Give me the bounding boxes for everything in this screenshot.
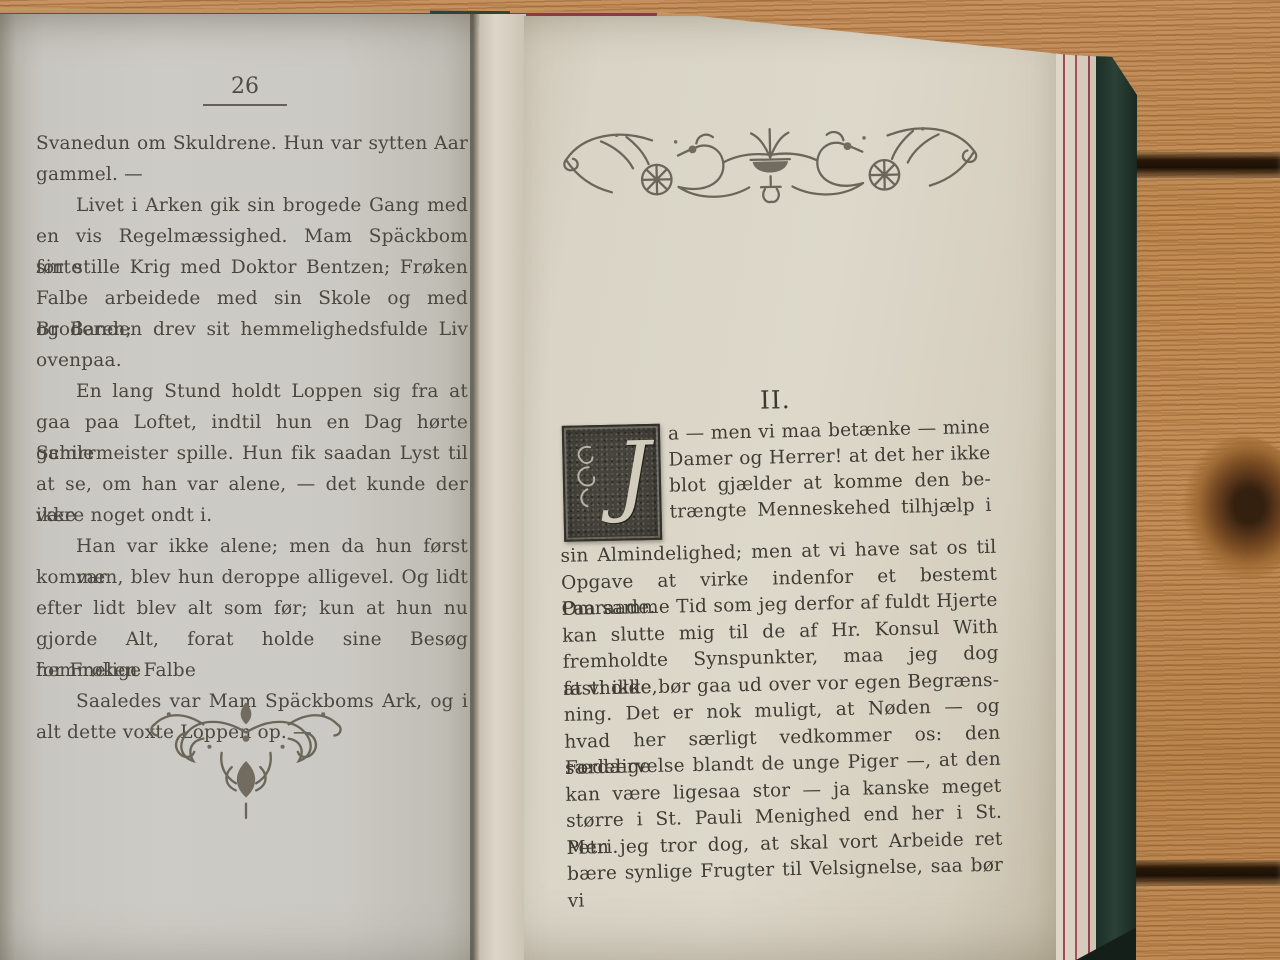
text-line: efter lidt blev alt som før; kun at hun …	[36, 593, 468, 624]
text-line: at se, om han var alene, — det kunde der…	[36, 469, 468, 500]
chapter-heading: II.	[557, 381, 994, 419]
headpiece-ornament-image	[557, 115, 983, 216]
text-line: Schirrmeister spille. Hun fik saadan Lys…	[36, 438, 468, 469]
text-line: for Frøken Falbe	[36, 655, 468, 686]
text-line: gjorde Alt, forat holde sine Besøg hemme…	[36, 624, 468, 655]
right-page-content: II. J a — men vi maa betænke — mine Dame…	[515, 5, 1075, 960]
text-line: kommen, blev hun deroppe alligevel. Og l…	[36, 562, 468, 593]
text-line: trængte Menneskehed tilhjælp i	[669, 493, 991, 526]
text-line: være noget ondt i.	[36, 500, 468, 531]
paragraph-beside-drop-cap: a — men vi maa betænke — mine Damer og H…	[668, 415, 992, 526]
green-cover-edge	[1096, 50, 1138, 960]
text-line: Han var ikke alene; men da hun først var	[36, 531, 468, 562]
text-line: Livet i Arken gik sin brogede Gang med	[36, 190, 468, 221]
text-line: sin stille Krig med Doktor Bentzen; Frøk…	[36, 252, 468, 283]
text-line: og Banden drev sit hemmelighedsfulde Liv	[36, 314, 468, 345]
text-line: gammel. —	[36, 159, 468, 190]
open-book: 26 Svanedun om Skuldrene. Hun var sytten…	[0, 0, 1280, 960]
right-page-text: sin Almindelighed; men at vi have sat os…	[560, 535, 1003, 889]
plank-gap	[1118, 860, 1280, 886]
text-line: Falbe arbeidede med sin Skole og med Bro…	[36, 283, 468, 314]
text-line: gaa paa Loftet, indtil hun en Dag hørte …	[36, 407, 468, 438]
text-line: en vis Regelmæssighed. Mam Späckbom ført…	[36, 221, 468, 252]
drop-cap-initial: J	[562, 424, 662, 542]
tailpiece-ornament-image	[146, 698, 346, 828]
drop-cap-letter: J	[614, 418, 652, 531]
page-number: 26	[203, 74, 287, 106]
text-line: ovenpaa.	[36, 345, 468, 376]
text-line: En lang Stund holdt Loppen sig fra at	[36, 376, 468, 407]
text-line: Svanedun om Skuldrene. Hun var sytten Aa…	[36, 128, 468, 159]
left-page-text: Svanedun om Skuldrene. Hun var sytten Aa…	[36, 128, 468, 748]
book-photo-scene: 26 Svanedun om Skuldrene. Hun var sytten…	[0, 0, 1280, 960]
